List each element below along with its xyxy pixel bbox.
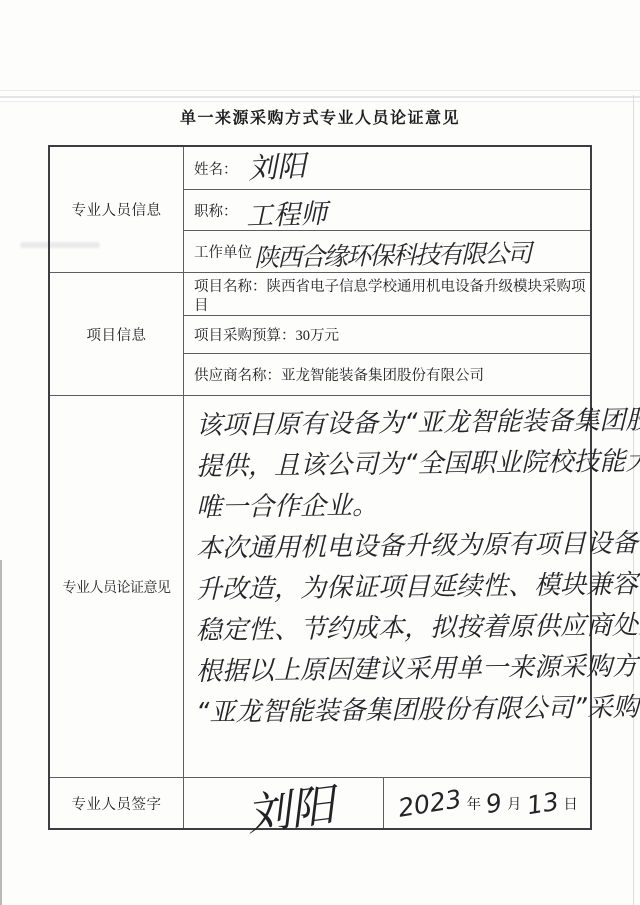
scanned-document-page: 单一来源采购方式专业人员论证意见 专业人员信息 姓名： 刘阳 职称： 工程师 工… bbox=[0, 0, 640, 905]
scan-artifact-line bbox=[0, 90, 640, 91]
name-handwritten-value: 刘阳 bbox=[246, 143, 306, 187]
scan-artifact-line bbox=[0, 101, 640, 102]
title-label: 职称： bbox=[194, 200, 238, 221]
signature-handwritten: 刘阳 bbox=[242, 769, 337, 843]
supplier-value: 亚龙智能装备集团股份有限公司 bbox=[281, 364, 484, 385]
field-name: 姓名： 刘阳 bbox=[184, 147, 590, 189]
section-label-personnel: 专业人员信息 bbox=[50, 147, 184, 272]
section-label-project: 项目信息 bbox=[50, 273, 184, 395]
date-day-handwritten: 13 bbox=[524, 786, 560, 820]
section-project: 项目信息 项目名称：陕西省电子信息学校通用机电设备升级模块采购项目 项目采购预算… bbox=[50, 272, 590, 395]
field-title: 职称： 工程师 bbox=[184, 189, 590, 230]
opinion-line: 该项目原有设备为“亚龙智能装备集团股份有限公司” bbox=[196, 399, 640, 447]
name-label: 姓名： bbox=[194, 158, 238, 179]
work-unit-label: 工作单位 bbox=[194, 241, 252, 262]
date-year-handwritten: 2023 bbox=[396, 784, 463, 823]
scan-edge-left bbox=[0, 560, 2, 905]
document-title: 单一来源采购方式专业人员论证意见 bbox=[0, 105, 640, 128]
opinion-line: 提供，且该公司为“全国职业院校技能大赛” bbox=[196, 440, 640, 488]
project-name-label: 项目名称： bbox=[194, 279, 267, 295]
scan-artifact-line bbox=[0, 96, 640, 98]
opinion-line: 稳定性、节约成本，拟按着原供应商处采购。 bbox=[196, 604, 640, 652]
field-supplier: 供应商名称： 亚龙智能装备集团股份有限公司 bbox=[184, 353, 590, 395]
opinion-line: 本次通用机电设备升级为原有项目设备的提 bbox=[196, 522, 640, 570]
field-project-name: 项目名称：陕西省电子信息学校通用机电设备升级模块采购项目 bbox=[184, 273, 590, 315]
field-work-unit: 工作单位 陕西合缘环保科技有限公司 bbox=[184, 230, 590, 272]
opinion-handwritten-text: 该项目原有设备为“亚龙智能装备集团股份有限公司” 提供，且该公司为“全国职业院校… bbox=[184, 396, 640, 777]
opinion-line: 唯一合作企业。 bbox=[196, 481, 640, 529]
opinion-line: 升改造，为保证项目延续性、模块兼容性、 bbox=[196, 563, 640, 611]
section-personnel: 专业人员信息 姓名： 刘阳 职称： 工程师 工作单位 陕西合缘环保科技有限公司 bbox=[50, 147, 590, 272]
project-budget-label: 项目采购预算： bbox=[194, 324, 296, 345]
field-project-budget: 项目采购预算： 30万元 bbox=[184, 315, 590, 353]
form-table: 专业人员信息 姓名： 刘阳 职称： 工程师 工作单位 陕西合缘环保科技有限公司 … bbox=[48, 145, 592, 830]
signature-cell: 刘阳 bbox=[184, 778, 384, 828]
project-budget-value: 30万元 bbox=[296, 324, 340, 345]
section-signature: 专业人员签字 刘阳 2023 年 9 月 13 日 bbox=[50, 777, 590, 828]
date-month-handwritten: 9 bbox=[484, 787, 504, 818]
opinion-line: 根据以上原因建议采用单一来源采购方式从 bbox=[196, 645, 640, 693]
section-opinion: 专业人员论证意见 该项目原有设备为“亚龙智能装备集团股份有限公司” 提供，且该公… bbox=[50, 395, 590, 777]
date-month-label: 月 bbox=[507, 793, 522, 814]
section-label-opinion: 专业人员论证意见 bbox=[50, 396, 184, 777]
work-unit-handwritten-value: 陕西合缘环保科技有限公司 bbox=[254, 233, 531, 274]
date-day-label: 日 bbox=[563, 793, 578, 814]
personnel-fields: 姓名： 刘阳 职称： 工程师 工作单位 陕西合缘环保科技有限公司 bbox=[184, 147, 590, 272]
date-year-label: 年 bbox=[467, 793, 482, 814]
project-fields: 项目名称：陕西省电子信息学校通用机电设备升级模块采购项目 项目采购预算： 30万… bbox=[184, 273, 590, 395]
opinion-line: “亚龙智能装备集团股份有限公司”采购升级模块 bbox=[196, 686, 640, 734]
title-handwritten-value: 工程师 bbox=[245, 191, 327, 233]
supplier-label: 供应商名称： bbox=[194, 364, 281, 385]
section-label-signature: 专业人员签字 bbox=[50, 778, 184, 828]
date-cell: 2023 年 9 月 13 日 bbox=[384, 778, 590, 828]
